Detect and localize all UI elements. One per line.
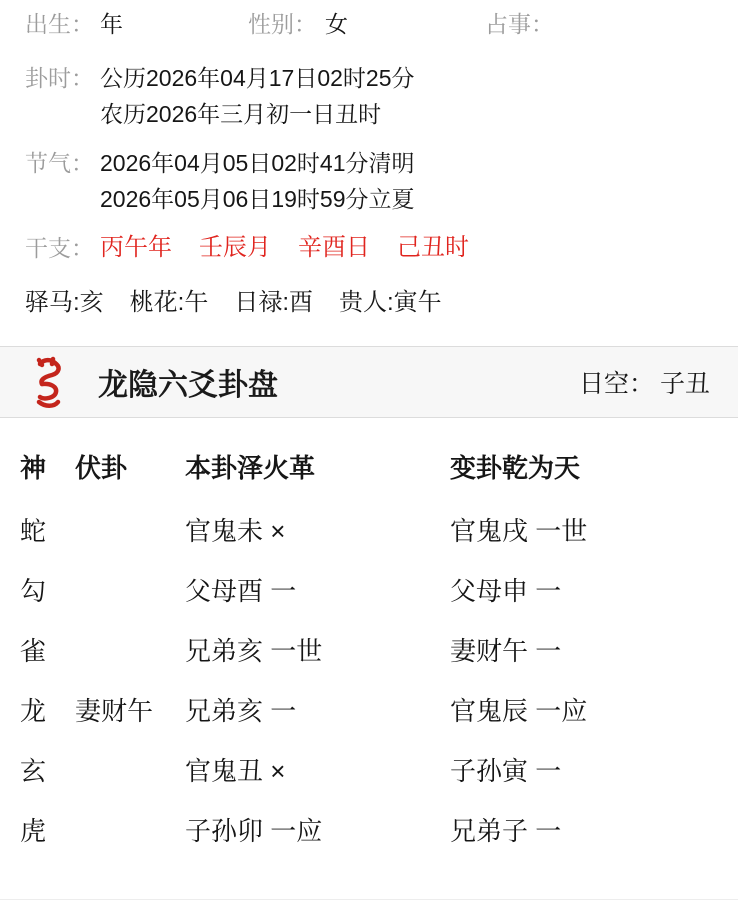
main-gua-cell: 官鬼丑 × bbox=[185, 751, 285, 791]
hexagram-line-row: 虎 子孙卯 一应 兄弟子 一 bbox=[0, 811, 738, 851]
col-header-six-gods: 神 bbox=[20, 450, 46, 486]
hexagram-line-row: 勾 父母酉 一 父母申 一 bbox=[0, 571, 738, 611]
day-void-value: 子丑 bbox=[660, 364, 710, 400]
hexagram-line-row: 龙 妻财午 兄弟亥 一 官鬼辰 一应 bbox=[0, 691, 738, 731]
shensha-rilu: 日禄:酉 bbox=[234, 285, 313, 321]
hexagram-table-header: 神 伏卦 本卦泽火革 变卦乾为天 bbox=[0, 450, 738, 486]
section-header-bar: 龙隐六爻卦盘 日空： 子丑 bbox=[0, 346, 738, 418]
main-gua-cell: 兄弟亥 一 bbox=[185, 691, 296, 731]
changed-gua-cell: 父母申 一 bbox=[450, 571, 561, 611]
ganzhi-year: 丙午年 bbox=[100, 230, 172, 266]
shensha-yima: 驿马:亥 bbox=[25, 285, 104, 321]
col-header-changed-gua: 变卦乾为天 bbox=[450, 450, 580, 486]
col-header-main-gua: 本卦泽火革 bbox=[185, 450, 315, 486]
six-god-cell: 雀 bbox=[20, 631, 46, 671]
main-gua-cell: 兄弟亥 一世 bbox=[185, 631, 322, 671]
solar-term-qingming: 2026年04月05日02时41分清明 bbox=[100, 145, 415, 181]
col-header-hidden-gua: 伏卦 bbox=[75, 450, 127, 486]
six-god-cell: 虎 bbox=[20, 811, 46, 851]
six-god-cell: 龙 bbox=[20, 691, 46, 731]
changed-gua-cell: 子孙寅 一 bbox=[450, 751, 561, 791]
ganzhi-hour: 己丑时 bbox=[397, 230, 469, 266]
hexagram-line-row: 雀 兄弟亥 一世 妻财午 一 bbox=[0, 631, 738, 671]
shensha-row: 驿马:亥 桃花:午 日禄:酉 贵人:寅午 bbox=[25, 285, 442, 321]
solar-terms-label: 节气： bbox=[25, 145, 94, 181]
hexagram-line-row: 玄 官鬼丑 × 子孙寅 一 bbox=[0, 751, 738, 791]
gua-time-label: 卦时： bbox=[25, 60, 94, 96]
hexagram-line-row: 蛇 官鬼未 × 官鬼戌 一世 bbox=[0, 511, 738, 551]
shensha-guiren: 贵人:寅午 bbox=[339, 285, 442, 321]
gua-time-values: 公历2026年04月17日02时25分 农历2026年三月初一日丑时 bbox=[100, 60, 415, 132]
changed-gua-cell: 官鬼戌 一世 bbox=[450, 511, 587, 551]
solar-term-lixia: 2026年05月06日19时59分立夏 bbox=[100, 181, 415, 217]
hidden-gua-cell: 妻财午 bbox=[75, 691, 153, 731]
six-god-cell: 勾 bbox=[20, 571, 46, 611]
ganzhi-label: 干支： bbox=[25, 230, 94, 266]
changed-gua-cell: 官鬼辰 一应 bbox=[450, 691, 587, 731]
six-god-cell: 玄 bbox=[20, 751, 46, 791]
solar-terms-values: 2026年04月05日02时41分清明 2026年05月06日19时59分立夏 bbox=[100, 145, 415, 217]
main-gua-cell: 子孙卯 一应 bbox=[185, 811, 322, 851]
ganzhi-month: 壬辰月 bbox=[199, 230, 271, 266]
gender-label: 性别： bbox=[248, 6, 317, 42]
changed-gua-cell: 妻财午 一 bbox=[450, 631, 561, 671]
liuyao-chart-page: 出生： 年 性别： 女 占事： 卦时： 公历2026年04月17日02时25分 … bbox=[0, 0, 738, 900]
changed-gua-cell: 兄弟子 一 bbox=[450, 811, 561, 851]
day-void: 日空： 子丑 bbox=[579, 364, 710, 400]
ganzhi-day: 辛酉日 bbox=[298, 230, 370, 266]
day-void-label: 日空： bbox=[579, 364, 654, 400]
shensha-taohua: 桃花:午 bbox=[130, 285, 209, 321]
main-gua-cell: 父母酉 一 bbox=[185, 571, 296, 611]
gua-time-solar: 公历2026年04月17日02时25分 bbox=[100, 60, 415, 96]
main-gua-cell: 官鬼未 × bbox=[185, 511, 285, 551]
gender-value: 女 bbox=[325, 6, 348, 42]
page-title: 龙隐六爻卦盘 bbox=[98, 360, 278, 404]
birth-label: 出生： bbox=[25, 6, 94, 42]
six-god-cell: 蛇 bbox=[20, 511, 46, 551]
birth-value: 年 bbox=[100, 6, 123, 42]
gua-time-lunar: 农历2026年三月初一日丑时 bbox=[100, 96, 415, 132]
ganzhi-values: 丙午年 壬辰月 辛酉日 己丑时 bbox=[100, 230, 469, 266]
dragon-seal-icon bbox=[30, 356, 66, 408]
topic-label: 占事： bbox=[485, 6, 554, 42]
